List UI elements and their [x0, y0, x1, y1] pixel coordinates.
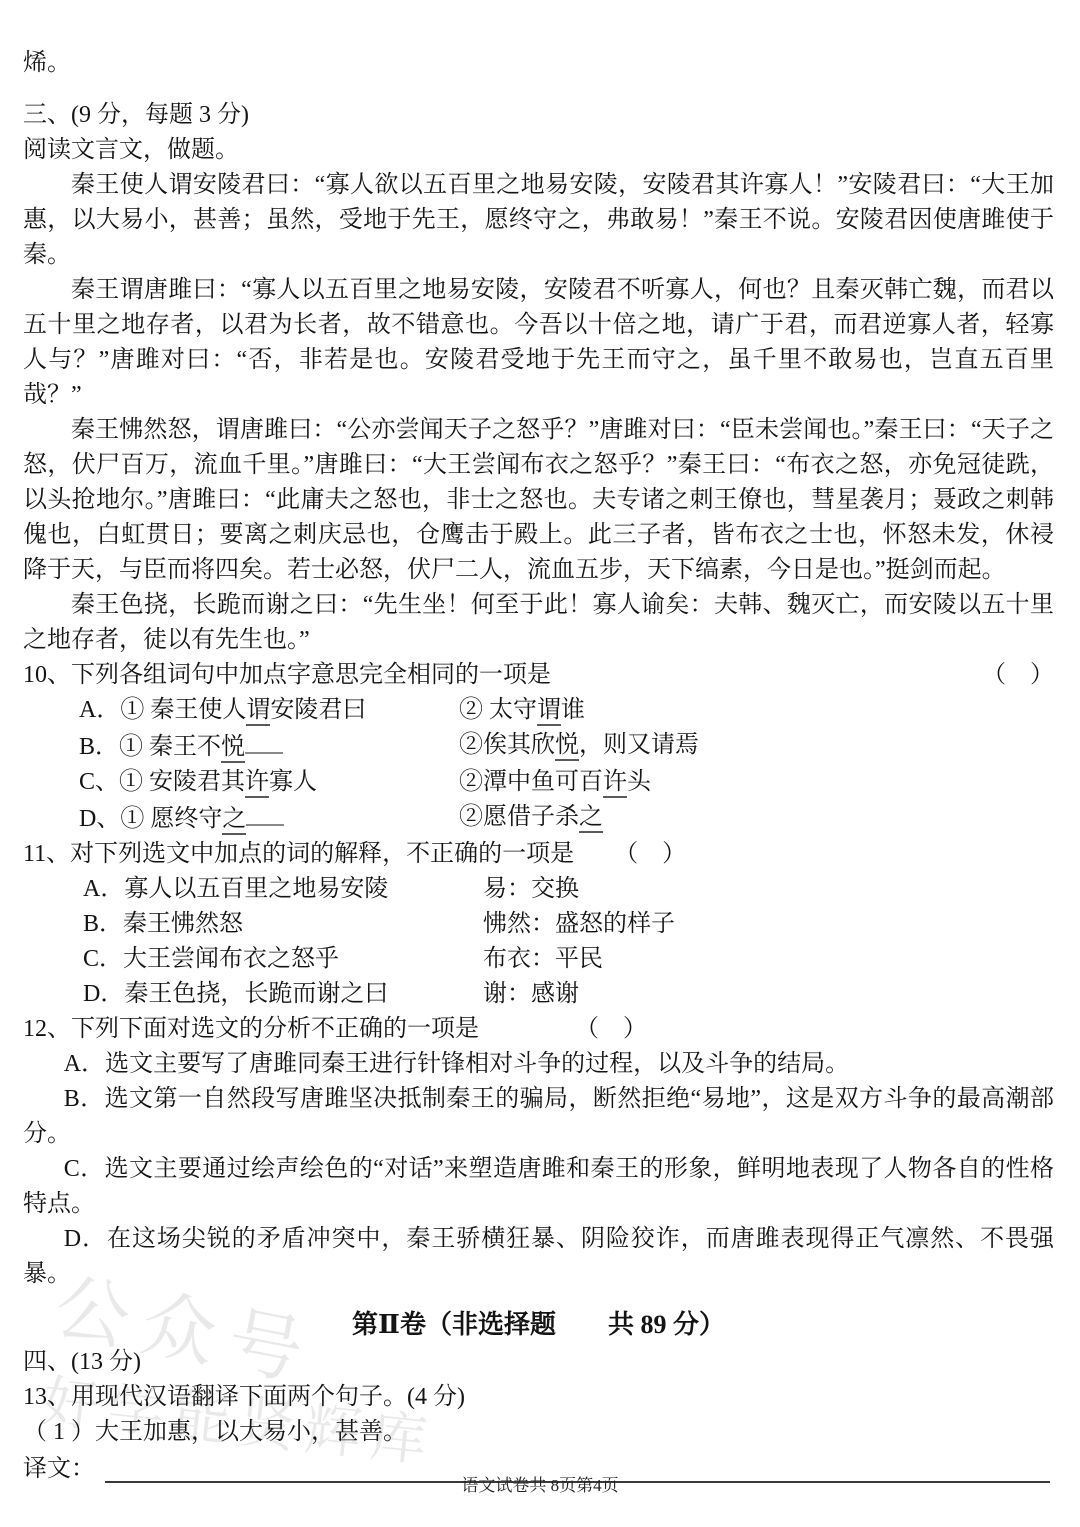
- option-label: B．: [83, 911, 123, 937]
- option-text: 愿终守: [150, 806, 222, 832]
- option-text: 秦王色挠，长跪而谢之曰: [124, 981, 388, 1007]
- circled-number-icon: ①: [119, 769, 149, 795]
- question-11-stem: 11、对下列选文中加点的词的解释，不正确的一项是（ ）: [23, 837, 1054, 872]
- q10-a-part1: A．① 秦王使人谓安陵君曰: [79, 693, 459, 728]
- option-label: A．: [83, 876, 124, 902]
- q11-c-phrase: C．大王尝闻布衣之怒乎: [83, 942, 483, 977]
- q10-option-d: D、① 愿终守之 ②愿借子杀之: [23, 800, 1054, 837]
- q10-c-part2: ②潭中鱼可百许头: [459, 765, 1054, 800]
- option-text: 安陵君其: [149, 769, 245, 795]
- page-footer: 语文试卷共 8页第4页: [0, 1471, 1080, 1496]
- option-label: B．: [79, 734, 119, 760]
- option-text: 太守: [489, 697, 537, 723]
- option-text: 大王尝闻布衣之怒乎: [123, 946, 339, 972]
- stray-overflow-text: 烯。: [23, 46, 1054, 81]
- option-text: 选文主要通过绘声绘色的“对话”来塑造唐雎和秦王的形象，鲜明地表现了人物各自的性格…: [23, 1156, 1054, 1217]
- option-text: 愿借子杀: [483, 804, 579, 830]
- underlined-char: 悦: [555, 732, 579, 761]
- q12-option-a: A．选文主要写了唐雎同秦王进行针锋相对斗争的过程，以及斗争的结局。: [23, 1047, 1054, 1082]
- q11-option-c: C．大王尝闻布衣之怒乎 布衣：平民: [23, 942, 1054, 977]
- q10-b-part2: ②俟其欣悦，则又请焉: [459, 728, 1054, 765]
- option-label: A．: [64, 1051, 105, 1077]
- option-text: ，则又请焉: [579, 732, 699, 758]
- option-text: 俟其欣: [483, 732, 555, 758]
- q12-stem-text: 12、下列下面对选文的分析不正确的一项是: [23, 1016, 479, 1042]
- option-text: 秦王怫然怒: [123, 911, 243, 937]
- q10-b-part1: B．① 秦王不悦: [79, 728, 459, 765]
- passage-paragraph-4: 秦王色挠，长跪而谢之曰：“先生坐！何至于此！寡人谕矣：夫韩、魏灭亡，而安陵以五十…: [23, 588, 1054, 658]
- option-text: 潭中鱼可百: [483, 769, 603, 795]
- question-12-stem: 12、下列下面对选文的分析不正确的一项是（ ）: [23, 1012, 1054, 1047]
- circled-number-icon: ②: [459, 804, 483, 830]
- passage-paragraph-2: 秦王谓唐雎曰：“寡人以五百里之地易安陵，安陵君不听寡人，何也？且秦灭韩亡魏，而君…: [23, 273, 1054, 413]
- q11-option-a: A．寡人以五百里之地易安陵 易：交换: [23, 872, 1054, 907]
- option-text: 谁: [561, 697, 585, 723]
- trailing-underline: [246, 800, 284, 826]
- passage-paragraph-3: 秦王怫然怒，谓唐雎曰：“公亦尝闻天子之怒乎？”唐雎对曰：“臣未尝闻也。”秦王曰：…: [23, 413, 1054, 588]
- option-label: C．: [64, 1156, 105, 1182]
- option-text: 秦王使人: [150, 697, 246, 723]
- q12-option-c: C．选文主要通过绘声绘色的“对话”来塑造唐雎和秦王的形象，鲜明地表现了人物各自的…: [23, 1152, 1054, 1222]
- section4-heading: 四、(13 分): [23, 1345, 1054, 1380]
- underlined-char: 许: [603, 769, 627, 798]
- q11-answer-bracket: （ ）: [614, 841, 686, 867]
- classical-passage: 秦王使人谓安陵君曰：“寡人欲以五百里之地易安陵，安陵君其许寡人！”安陵君曰：“大…: [23, 168, 1054, 658]
- q10-c-part1: C、① 安陵君其许寡人: [79, 765, 459, 800]
- circled-number-icon: ①: [119, 734, 149, 760]
- circled-number-icon: ①: [120, 697, 150, 723]
- q11-d-gloss: 谢：感谢: [483, 977, 1054, 1012]
- option-label: B．: [64, 1086, 105, 1112]
- q10-stem-text: 10、下列各组词句中加点字意思完全相同的一项是: [23, 658, 551, 693]
- q10-a-part2: ② 太守谓谁: [459, 693, 1054, 728]
- reading-instruction: 阅读文言文，做题。: [23, 133, 1054, 168]
- part2-header: 第Ⅱ卷（非选择题 共 89 分）: [23, 1307, 1054, 1342]
- option-label: D．: [64, 1226, 107, 1252]
- q12-option-b: B．选文第一自然段写唐雎坚决抵制秦王的骗局，断然拒绝“易地”，这是双方斗争的最高…: [23, 1082, 1054, 1152]
- option-label: D．: [83, 981, 124, 1007]
- question-10-stem: 10、下列各组词句中加点字意思完全相同的一项是 （ ）: [23, 658, 1054, 693]
- q11-option-b: B．秦王怫然怒 怫然：盛怒的样子: [23, 907, 1054, 942]
- passage-paragraph-1: 秦王使人谓安陵君曰：“寡人欲以五百里之地易安陵，安陵君其许寡人！”安陵君曰：“大…: [23, 168, 1054, 273]
- option-text: 头: [627, 769, 651, 795]
- q12-option-d: D．在这场尖锐的矛盾冲突中，秦王骄横狂暴、阴险狡诈，而唐雎表现得正气凛然、不畏强…: [23, 1222, 1054, 1292]
- option-text: 寡人: [269, 769, 317, 795]
- q10-option-b: B．① 秦王不悦 ②俟其欣悦，则又请焉: [23, 728, 1054, 765]
- option-text: 选文第一自然段写唐雎坚决抵制秦王的骗局，断然拒绝“易地”，这是双方斗争的最高潮部…: [23, 1086, 1054, 1147]
- q11-a-phrase: A．寡人以五百里之地易安陵: [83, 872, 483, 907]
- option-text: 安陵君曰: [270, 697, 366, 723]
- underlined-char: 谓: [537, 697, 561, 726]
- underlined-char: 许: [245, 769, 269, 798]
- option-label: A．: [79, 697, 120, 723]
- circled-number-icon: ①: [120, 806, 150, 832]
- q11-c-gloss: 布衣：平民: [483, 942, 1054, 977]
- q11-a-gloss: 易：交换: [483, 872, 1054, 907]
- q10-option-c: C、① 安陵君其许寡人 ②潭中鱼可百许头: [23, 765, 1054, 800]
- option-text: 秦王不: [149, 734, 221, 760]
- underlined-char: 悦: [221, 734, 245, 763]
- q11-option-d: D．秦王色挠，长跪而谢之曰 谢：感谢: [23, 977, 1054, 1012]
- q11-stem-text: 11、对下列选文中加点的词的解释，不正确的一项是: [23, 841, 574, 867]
- section3-heading: 三、(9 分，每题 3 分): [23, 98, 1054, 133]
- underlined-char: 之: [222, 806, 246, 835]
- underlined-char: 谓: [246, 697, 270, 726]
- option-label: C．: [83, 946, 123, 972]
- q10-d-part1: D、① 愿终守之: [79, 800, 459, 837]
- option-text: 在这场尖锐的矛盾冲突中，秦王骄横狂暴、阴险狡诈，而唐雎表现得正气凛然、不畏强暴。: [23, 1226, 1054, 1287]
- option-label: C、: [79, 769, 119, 795]
- q13-sentence-1: （ 1 ）大王加惠，以大易小，甚善。: [23, 1415, 1054, 1450]
- q11-b-gloss: 怫然：盛怒的样子: [483, 907, 1054, 942]
- circled-number-icon: ②: [459, 697, 489, 723]
- option-text: 选文主要写了唐雎同秦王进行针锋相对斗争的过程，以及斗争的结局。: [105, 1051, 849, 1077]
- option-text: 寡人以五百里之地易安陵: [124, 876, 388, 902]
- q11-b-phrase: B．秦王怫然怒: [83, 907, 483, 942]
- circled-number-icon: ②: [459, 732, 483, 758]
- q10-option-a: A．① 秦王使人谓安陵君曰 ② 太守谓谁: [23, 693, 1054, 728]
- exam-page: 烯。 三、(9 分，每题 3 分) 阅读文言文，做题。 秦王使人谓安陵君曰：“寡…: [0, 0, 1080, 1487]
- trailing-underline: [245, 728, 283, 754]
- question-13-stem: 13、用现代汉语翻译下面两个句子。(4 分): [23, 1380, 1054, 1415]
- underlined-char: 之: [579, 804, 603, 833]
- circled-number-icon: ②: [459, 769, 483, 795]
- q11-d-phrase: D．秦王色挠，长跪而谢之曰: [83, 977, 483, 1012]
- option-label: D、: [79, 806, 120, 832]
- q10-d-part2: ②愿借子杀之: [459, 800, 1054, 837]
- q12-answer-bracket: （ ）: [575, 1016, 647, 1042]
- q10-answer-bracket: （ ）: [982, 658, 1054, 693]
